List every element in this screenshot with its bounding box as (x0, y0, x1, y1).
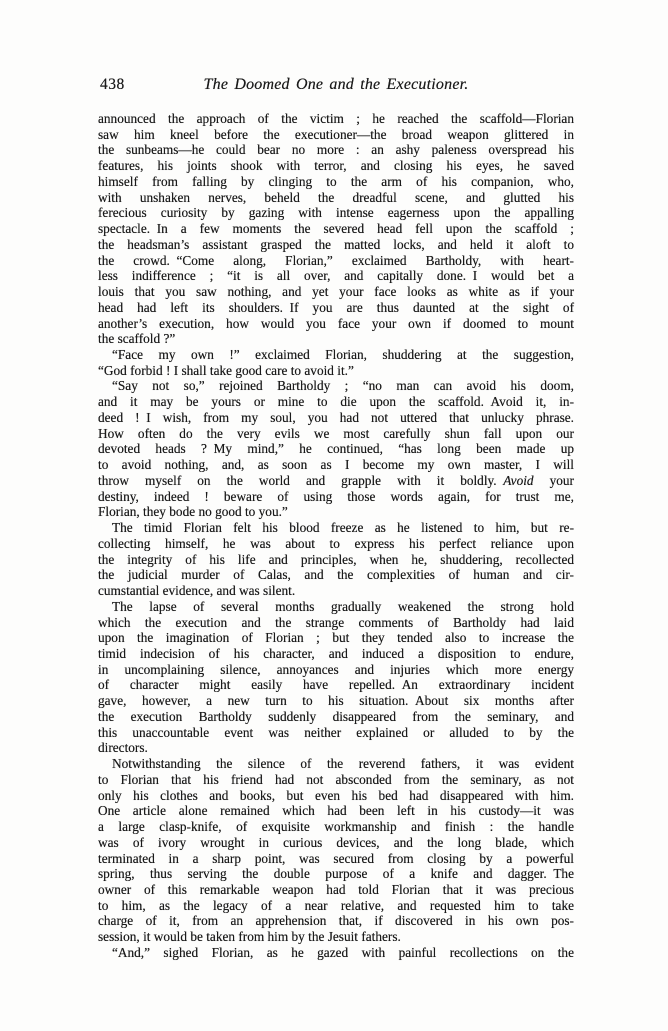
text-line: the judicial murder of Calas, and the co… (98, 567, 574, 583)
text-line: himself from falling by clinging to the … (98, 174, 574, 190)
text-line: collecting himself, he was about to expr… (98, 536, 574, 552)
text-line: timid indecision of his character, and i… (98, 646, 574, 662)
text-line: charge of it, from an apprehension that,… (98, 913, 574, 929)
text-line: How often do the very evils we most care… (98, 426, 574, 442)
page-body: announced the approach of the victim ; h… (98, 111, 574, 961)
running-head: 438 The Doomed One and the Executioner. (98, 76, 574, 96)
paragraph: “Say not so,” rejoined Bartholdy ; “no m… (98, 378, 574, 520)
text-line: Notwithstanding the silence of the rever… (98, 756, 574, 772)
text-line: this unaccountable event was neither exp… (98, 725, 574, 741)
text-line: a large clasp-knife, of exquisite workma… (98, 819, 574, 835)
text-line: spring, thus serving the double purpose … (98, 866, 574, 882)
text-line: which the execution and the strange comm… (98, 615, 574, 631)
text-line: directors. (98, 740, 574, 756)
text-line: One article alone remained which had bee… (98, 803, 574, 819)
text-line: was of ivory wrought in curious devices,… (98, 835, 574, 851)
paragraph: announced the approach of the victim ; h… (98, 111, 574, 347)
text-line: only his clothes and books, but even his… (98, 788, 574, 804)
text-line: “God forbid ! I shall take good care to … (98, 363, 574, 379)
text-line: features, his joints shook with terror, … (98, 158, 574, 174)
text-line: The timid Florian felt his blood freeze … (98, 520, 574, 536)
text-line: announced the approach of the victim ; h… (98, 111, 574, 127)
text-line: and it may be yours or mine to die upon … (98, 394, 574, 410)
paragraph: The timid Florian felt his blood freeze … (98, 520, 574, 599)
text-line: “And,” sighed Florian, as he gazed with … (98, 945, 574, 961)
text-line: cumstantial evidence, and was silent. (98, 583, 574, 599)
text-line: deed ! I wish, from my soul, you had not… (98, 410, 574, 426)
text-line: owner of this remarkable weapon had told… (98, 882, 574, 898)
paragraph: “And,” sighed Florian, as he gazed with … (98, 945, 574, 961)
text-line: session, it would be taken from him by t… (98, 929, 574, 945)
text-line: the integrity of his life and principles… (98, 552, 574, 568)
text-line: Florian, they bode no good to you.” (98, 504, 574, 520)
text-line: the scaffold ?” (98, 331, 574, 347)
text-line: “Say not so,” rejoined Bartholdy ; “no m… (98, 378, 574, 394)
running-head-title: The Doomed One and the Executioner. (98, 76, 574, 94)
text-line: the crowd. “Come along, Florian,” exclai… (98, 253, 574, 269)
text-line: destiny, indeed ! beware of using those … (98, 489, 574, 505)
text-line: to avoid nothing, and, as soon as I beco… (98, 457, 574, 473)
text-line: less indifference ; “it is all over, and… (98, 268, 574, 284)
paragraph: The lapse of several months gradually we… (98, 599, 574, 756)
text-line: devoted heads ? My mind,” he continued, … (98, 441, 574, 457)
text-line: another’s execution, how would you face … (98, 316, 574, 332)
paragraph: Notwithstanding the silence of the rever… (98, 756, 574, 945)
text-line: ferecious curiosity by gazing with inten… (98, 205, 574, 221)
text-line: to him, as the legacy of a near relative… (98, 898, 574, 914)
text-line: louis that you saw nothing, and yet your… (98, 284, 574, 300)
text-line: in uncomplaining silence, annoyances and… (98, 662, 574, 678)
text-line: throw myself on the world and grapple wi… (98, 473, 574, 489)
text-line: the execution Bartholdy suddenly disappe… (98, 709, 574, 725)
text-line: “Face my own !” exclaimed Florian, shudd… (98, 347, 574, 363)
book-page: 438 The Doomed One and the Executioner. … (0, 0, 668, 1031)
text-line: with unshaken nerves, beheld the dreadfu… (98, 190, 574, 206)
text-line: upon the imagination of Florian ; but th… (98, 630, 574, 646)
text-line: the sunbeams—he could bear no more : an … (98, 142, 574, 158)
text-line: saw him kneel before the executioner—the… (98, 127, 574, 143)
text-line: to Florian that his friend had not absco… (98, 772, 574, 788)
text-line: of character might easily have repelled.… (98, 677, 574, 693)
text-line: terminated in a sharp point, was secured… (98, 851, 574, 867)
text-line: gave, however, a new turn to his situati… (98, 693, 574, 709)
text-line: head had left its shoulders. If you are … (98, 300, 574, 316)
text-line: The lapse of several months gradually we… (98, 599, 574, 615)
paragraph: “Face my own !” exclaimed Florian, shudd… (98, 347, 574, 378)
text-line: spectacle. In a few moments the severed … (98, 221, 574, 237)
text-line: the headsman’s assistant grasped the mat… (98, 237, 574, 253)
